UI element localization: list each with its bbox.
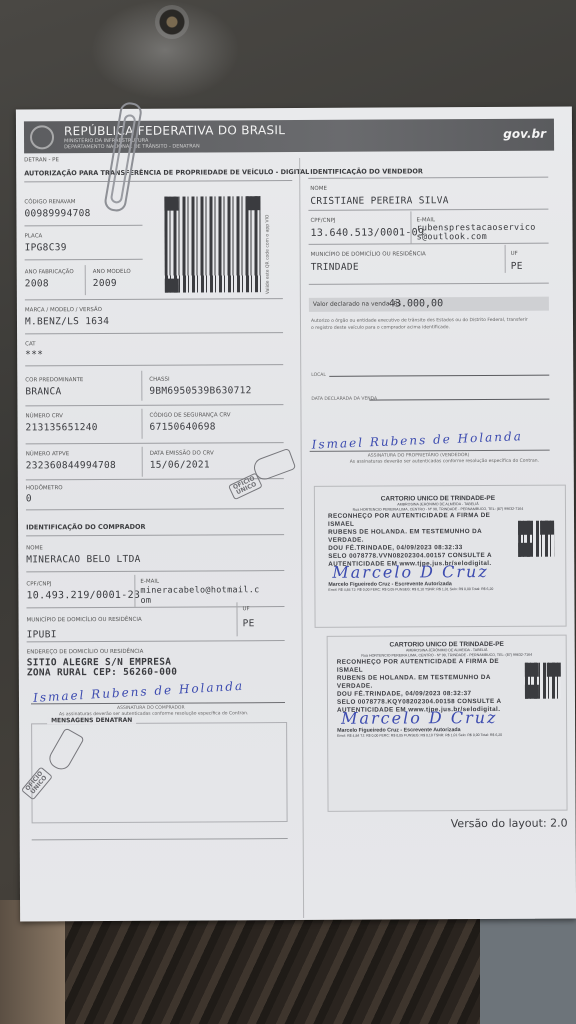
valor-label: Valor declarado na venda: — [313, 300, 392, 307]
seller-nome-value: CRISTIANE PEREIRA SILVA — [310, 195, 449, 207]
divider — [25, 332, 283, 334]
chassi-value: 9BM6950539B630712 — [149, 385, 251, 397]
seller-signature-note: As assinaturas deverão ser autenticadas … — [350, 458, 539, 466]
seg-crv-label: CÓDIGO DE SEGURANÇA CRV — [149, 412, 230, 418]
divider — [141, 371, 142, 401]
divider — [24, 225, 142, 227]
divider — [142, 447, 143, 477]
divider — [25, 364, 283, 366]
placa-label: PLACA — [25, 233, 43, 239]
notary-body: RECONHEÇO POR AUTENTICIDADE A FIRMA DE I… — [328, 512, 518, 569]
seller-municipio-label: MUNICÍPIO DE DOMICÍLIO OU RESIDÊNCIA — [311, 251, 426, 258]
emissao-value: 15/06/2021 — [150, 459, 210, 470]
buyer-municipio-value: IPUBI — [27, 629, 57, 640]
divider — [505, 245, 506, 273]
hodometro-label: HODÔMETRO — [26, 485, 63, 491]
brasil-coat-of-arms-icon — [30, 125, 54, 149]
notary-qr-code-1 — [518, 521, 554, 557]
buyer-email-line2: om — [140, 596, 151, 606]
seller-cpf-value: 13.640.513/0001-09 — [311, 227, 425, 239]
divider — [32, 838, 288, 840]
divider — [24, 180, 292, 182]
divider — [410, 211, 411, 243]
document-title: AUTORIZAÇÃO PARA TRANSFERÊNCIA DE PROPRI… — [24, 168, 309, 177]
oficio-unico-stamp: OFICIO ÚNICO — [228, 472, 263, 500]
notary-body: RECONHEÇO POR AUTENTICIDADE A FIRMA DE I… — [337, 658, 527, 715]
divider — [25, 259, 143, 261]
marca-value: M.BENZ/LS 1634 — [25, 316, 109, 327]
notary-body-line: RECONHEÇO POR AUTENTICIDADE A FIRMA DE I… — [337, 658, 527, 675]
buyer-municipio-label: MUNICÍPIO DE DOMICÍLIO OU RESIDÊNCIA — [27, 617, 142, 624]
sale-date-label: DATA DECLARADA DA VENDA — [311, 396, 377, 403]
notary-body-line: RUBENS DE HOLANDA. EM TESTEMUNHO DA VERD… — [337, 674, 527, 691]
renavam-value: 00989994708 — [24, 208, 90, 219]
divider — [141, 409, 142, 439]
clerk-signature: Marcelo D Cruz — [332, 562, 552, 582]
wall-screw — [155, 5, 189, 39]
notary-body-line: RUBENS DE HOLANDA. EM TESTEMUNHO DA VERD… — [328, 528, 518, 545]
divider — [26, 534, 284, 536]
buyer-endereco-line2: ZONA RURAL CEP: 56260-000 — [27, 667, 178, 679]
emissao-label: DATA EMISSÃO DO CRV — [150, 450, 214, 456]
placa-value: IPG8C39 — [25, 242, 67, 253]
ano-modelo-value: 2009 — [93, 278, 117, 289]
declared-value-box: Valor declarado na venda: R$ 43.000,00 — [309, 297, 549, 312]
divider — [309, 243, 549, 245]
ano-fabricacao-label: ANO FABRICAÇÃO — [25, 269, 74, 275]
authorization-line2: o registro deste veículo para o comprado… — [311, 324, 528, 332]
clerk-signature: Marcelo D Cruz — [341, 708, 561, 728]
local-field[interactable] — [329, 375, 549, 377]
seller-signature: Ismael Rubens de Holanda — [311, 429, 523, 451]
atpve-label: NÚMERO ATPVe — [26, 451, 70, 457]
buyer-endereco-label: ENDEREÇO DE DOMICÍLIO OU RESIDÊNCIA — [27, 649, 144, 656]
seller-municipio-value: TRINDADE — [311, 262, 359, 273]
renavam-label: CÓDIGO RENAVAM — [24, 199, 75, 205]
crv-value: 213135651240 — [26, 422, 98, 433]
ano-fabricacao-value: 2008 — [25, 278, 49, 289]
seller-section-title: IDENTIFICAÇÃO DO VENDEDOR — [310, 167, 423, 176]
gov-header: REPÚBLICA FEDERATIVA DO BRASIL MINISTÉRI… — [24, 119, 554, 154]
marca-label: MARCA / MODELO / VERSÃO — [25, 307, 102, 313]
divider — [308, 209, 548, 211]
buyer-email-label: E-MAIL — [140, 579, 159, 585]
seller-uf-label: UF — [511, 251, 518, 257]
divider — [309, 283, 549, 285]
divider — [308, 177, 548, 179]
crv-label: NÚMERO CRV — [25, 413, 62, 419]
cat-label: CAT — [25, 341, 36, 347]
chassi-label: CHASSI — [149, 377, 169, 383]
divider — [236, 602, 237, 636]
divider — [26, 508, 284, 510]
cor-value: BRANCA — [25, 386, 61, 397]
buyer-uf-label: UF — [242, 606, 249, 612]
denatran-messages-title: MENSAGENS DENATRAN — [47, 717, 136, 724]
atpve-document: REPÚBLICA FEDERATIVA DO BRASIL MINISTÉRI… — [16, 107, 576, 922]
column-divider — [299, 158, 304, 918]
notary-stamp-1: CARTORIO UNICO DE TRINDADE-PE AMBROSINA … — [328, 495, 548, 592]
seller-uf-value: PE — [511, 261, 523, 272]
sale-date-field[interactable] — [369, 399, 549, 401]
divider — [25, 298, 283, 300]
seller-email-line2: s@outlook.com — [417, 232, 487, 242]
local-label: LOCAL — [311, 372, 326, 379]
declared-value: 43.000,00 — [389, 298, 443, 309]
agency-label: DETRAN - PE — [24, 157, 59, 163]
layout-version: Versão do layout: 2.0 — [451, 817, 568, 831]
notary-body-line: RECONHEÇO POR AUTENTICIDADE A FIRMA DE I… — [328, 512, 518, 529]
buyer-uf-value: PE — [243, 618, 255, 629]
hodometro-value: 0 — [26, 493, 32, 504]
seg-crv-value: 67150640698 — [150, 421, 216, 432]
divider — [26, 442, 284, 444]
seller-cpf-label: CPF/CNPJ — [310, 218, 335, 224]
authorization-text: Autorizo o órgão ou entidade executivo d… — [311, 317, 528, 332]
buyer-cpf-label: CPF/CNPJ — [26, 581, 51, 587]
notary-qr-code-2 — [525, 663, 561, 699]
buyer-nome-value: MINERACAO BELO LTDA — [26, 554, 140, 566]
divider — [134, 575, 135, 607]
buyer-nome-label: NOME — [26, 545, 43, 551]
seller-nome-label: NOME — [310, 186, 327, 192]
divider — [85, 265, 86, 295]
cor-label: COR PREDOMINANTE — [25, 377, 83, 383]
country-title: REPÚBLICA FEDERATIVA DO BRASIL — [64, 123, 285, 138]
buyer-cpf-value: 10.493.219/0001-23 — [26, 590, 140, 602]
buyer-email-line1: mineracabelo@hotmail.c — [140, 585, 259, 596]
vehicle-qr-code — [164, 196, 261, 293]
ano-modelo-label: ANO MODELO — [93, 269, 131, 275]
qr-note: Valide este QR code com o app VIO — [265, 215, 270, 295]
divider — [26, 570, 284, 572]
divider — [25, 404, 283, 406]
buyer-signature: Ismael Rubens de Holanda — [33, 679, 245, 705]
cat-value: *** — [25, 349, 43, 360]
atpve-value: 232360844994708 — [26, 460, 116, 471]
buyer-section-title: IDENTIFICAÇÃO DO COMPRADOR — [26, 523, 146, 532]
govbr-logo: gov.br — [503, 127, 546, 141]
divider — [27, 640, 285, 642]
